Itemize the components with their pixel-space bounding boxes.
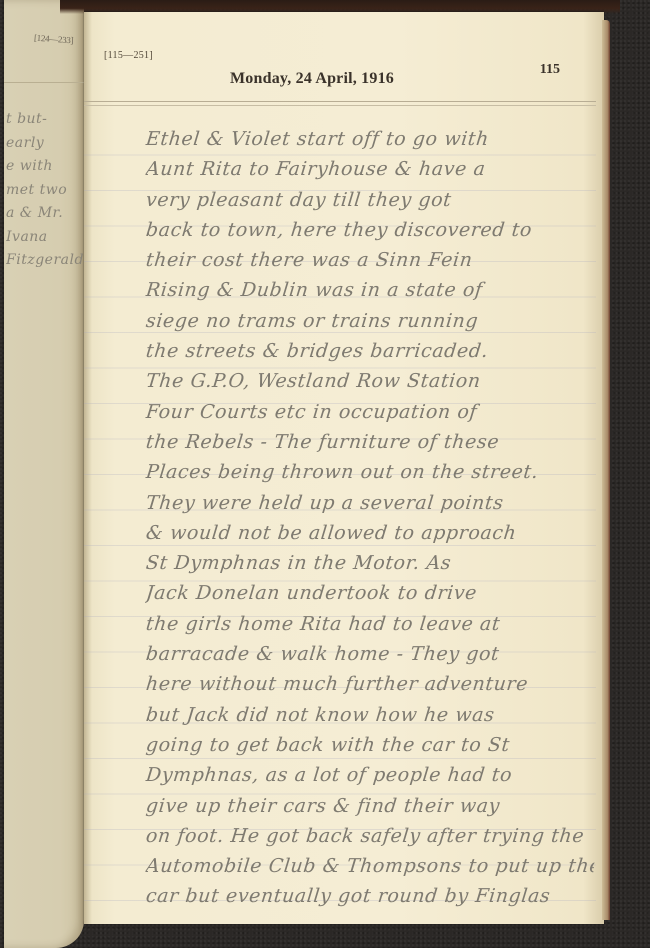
diary-entry: Ethel & Violet start off to go with Aunt…	[146, 124, 594, 912]
entry-line: barracade & walk home - They got	[144, 639, 595, 669]
entry-line: Rising & Dublin was in a state of	[144, 275, 595, 305]
entry-line: Automobile Club & Thompsons to put up th…	[144, 851, 595, 881]
header-rule	[84, 105, 596, 106]
left-page-margin-text: t but- early e with met two a & Mr. Ivan…	[6, 108, 84, 273]
entry-line: Aunt Rita to Fairyhouse & have a	[144, 154, 595, 184]
entry-line: St Dymphnas in the Motor. As	[144, 548, 595, 578]
entry-line: siege no trams or trains running	[144, 306, 595, 336]
left-margin-line: e with	[6, 155, 84, 179]
entry-line: on foot. He got back safely after trying…	[144, 821, 595, 851]
left-page-reference: [124—233]	[34, 33, 74, 46]
entry-line: & would not be allowed to approach	[144, 518, 595, 548]
entry-line: back to town, here they discovered to	[144, 215, 595, 245]
entry-line: here without much further adventure	[144, 669, 595, 699]
left-margin-line: met two	[6, 179, 84, 203]
entry-line: going to get back with the car to St	[144, 730, 595, 760]
entry-line: Ethel & Violet start off to go with	[144, 124, 595, 154]
left-margin-line: t but-	[6, 108, 84, 132]
entry-line: Places being thrown out on the street.	[144, 457, 595, 487]
entry-line: give up their cars & find their way	[144, 791, 595, 821]
page-reference: [115—251]	[104, 50, 153, 61]
entry-line: The G.P.O, Westland Row Station	[144, 366, 595, 396]
entry-line: car but eventually got round by Finglas	[144, 881, 595, 911]
left-margin-line: Fitzgerald	[6, 249, 84, 273]
page-number: 115	[540, 62, 560, 78]
left-margin-line: a & Mr.	[6, 202, 84, 226]
entry-line: Four Courts etc in occupation of	[144, 397, 595, 427]
left-margin-line: early	[6, 132, 84, 156]
entry-line: but Jack did not know how he was	[144, 700, 595, 730]
entry-line: the Rebels - The furniture of these	[144, 427, 595, 457]
date-heading: Monday, 24 April, 1916	[230, 70, 394, 88]
entry-line: very pleasant day till they got	[144, 185, 595, 215]
page-edge	[602, 20, 610, 920]
left-page-rule	[4, 82, 84, 83]
entry-line: They were held up a several points	[144, 488, 595, 518]
left-margin-line: Ivana	[6, 226, 84, 250]
entry-line: Dymphnas, as a lot of people had to	[144, 760, 595, 790]
entry-line: their cost there was a Sinn Fein	[144, 245, 595, 275]
header-rule	[84, 101, 596, 102]
left-page: [124—233] t but- early e with met two a …	[4, 0, 84, 948]
entry-line: Jack Donelan undertook to drive	[144, 578, 595, 608]
entry-line: the streets & bridges barricaded.	[144, 336, 595, 366]
diary-page: [115—251] Monday, 24 April, 1916 115 Eth…	[84, 12, 604, 924]
entry-line: the girls home Rita had to leave at	[144, 609, 595, 639]
